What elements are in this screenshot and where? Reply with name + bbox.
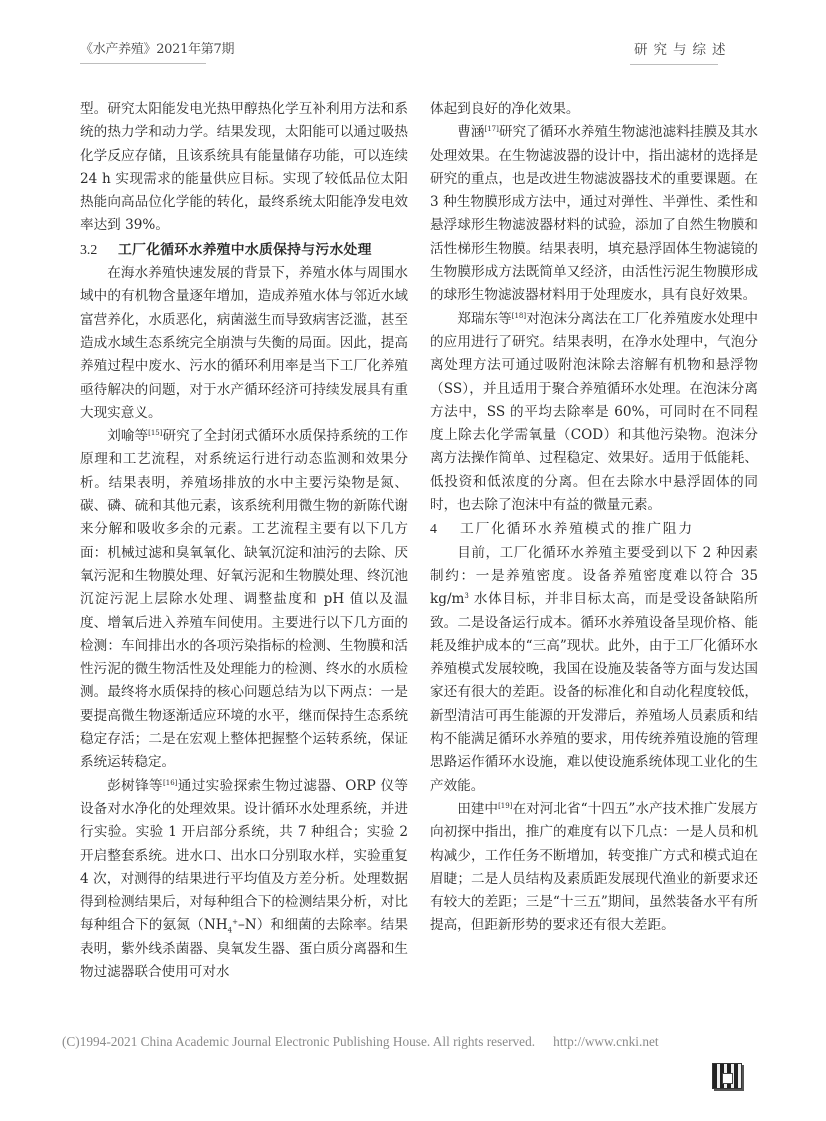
author: 曹涵	[457, 124, 484, 140]
copyright-text: (C)1994-2021 China Academic Journal Elec…	[62, 1034, 535, 1049]
copyright-footer: (C)1994-2021 China Academic Journal Elec…	[62, 1034, 742, 1050]
paragraph-text: 在对河北省“十四五”水产技术推广发展方向初探中指出，推广的难度有以下几点：一是人…	[430, 801, 758, 933]
paragraph: 刘喻等[15]研究了全封闭式循环水质保持系统的工作原理和工艺流程，对系统运行进行…	[80, 425, 408, 774]
paragraph: 郑瑞东等[18]对泡沫分离法在工厂化养殖废水处理中的应用进行了研究。结果表明，在…	[430, 308, 758, 518]
paragraph-text: 研究了循环水养殖生物滤池滤料挂膜及其水处理效果。在生物滤波器的设计中，指出滤材的…	[430, 124, 758, 303]
paragraph: 曹涵[17]研究了循环水养殖生物滤池滤料挂膜及其水处理效果。在生物滤波器的设计中…	[430, 121, 758, 307]
right-column: 体起到良好的净化效果。 曹涵[17]研究了循环水养殖生物滤池滤料挂膜及其水处理效…	[430, 98, 758, 938]
section-title: 工厂化循环水养殖模式的推广阻力	[460, 521, 694, 537]
citation-ref[interactable]: [16]	[163, 779, 177, 787]
paragraph-text: 通过实验探索生物过滤器、ORP 仪等设备对水净化的处理效果。设计循环水处理系统，…	[80, 778, 408, 934]
citation-ref[interactable]: [19]	[498, 802, 512, 810]
subscript: 4	[228, 927, 232, 935]
paragraph: 在海水养殖快速发展的背景下，养殖水体与周围水域中的有机物含量逐年增加，造成养殖水…	[80, 262, 408, 425]
section-number: 4	[430, 517, 460, 540]
author: 刘喻等	[107, 428, 148, 444]
left-column: 型。研究太阳能发电光热甲醇热化学互补利用方法和系统的热力学和动力学。结果发现，太…	[80, 98, 408, 984]
section-heading-3-2: 3.2工厂化循环水养殖中水质保持与污水处理	[80, 238, 408, 262]
citation-ref[interactable]: [17]	[484, 125, 498, 133]
journal-issue-header: 《水产养殖》2021年第7期	[80, 38, 206, 64]
paragraph: 田建中[19]在对河北省“十四五”水产技术推广发展方向初探中指出，推广的难度有以…	[430, 798, 758, 938]
cnki-link[interactable]: http://www.cnki.net	[553, 1034, 659, 1049]
paragraph-text: 研究了全封闭式循环水质保持系统的工作原理和工艺流程，对系统运行进行动态监测和效果…	[80, 428, 408, 770]
paragraph-text: 对泡沫分离法在工厂化养殖废水处理中的应用进行了研究。结果表明，在净水处理中，气泡…	[430, 311, 758, 513]
paragraph: 彭树锋等[16]通过实验探索生物过滤器、ORP 仪等设备对水净化的处理效果。设计…	[80, 775, 408, 985]
author: 郑瑞东等	[457, 311, 512, 327]
paragraph-text: 水体目标，并非目标太高，而是受设备缺陷所致。二是设备运行成本。循环水养殖设备呈现…	[430, 591, 758, 793]
paragraph: 目前，工厂化循环水养殖主要受到以下 2 种因素制约：一是养殖密度。设备养殖密度难…	[430, 542, 758, 798]
section-title: 工厂化循环水养殖中水质保持与污水处理	[118, 242, 372, 258]
author: 田建中	[457, 801, 498, 817]
section-number: 3.2	[80, 238, 118, 261]
citation-ref[interactable]: [15]	[148, 429, 162, 437]
paragraph: 型。研究太阳能发电光热甲醇热化学互补利用方法和系统的热力学和动力学。结果发现，太…	[80, 98, 408, 238]
citation-ref[interactable]: [18]	[512, 312, 526, 320]
cnki-logo-icon	[712, 1063, 742, 1089]
section-header: 研究与综述	[630, 38, 718, 65]
author: 彭树锋等	[107, 778, 163, 794]
section-heading-4: 4工厂化循环水养殖模式的推广阻力	[430, 517, 758, 541]
paragraph: 体起到良好的净化效果。	[430, 98, 758, 121]
